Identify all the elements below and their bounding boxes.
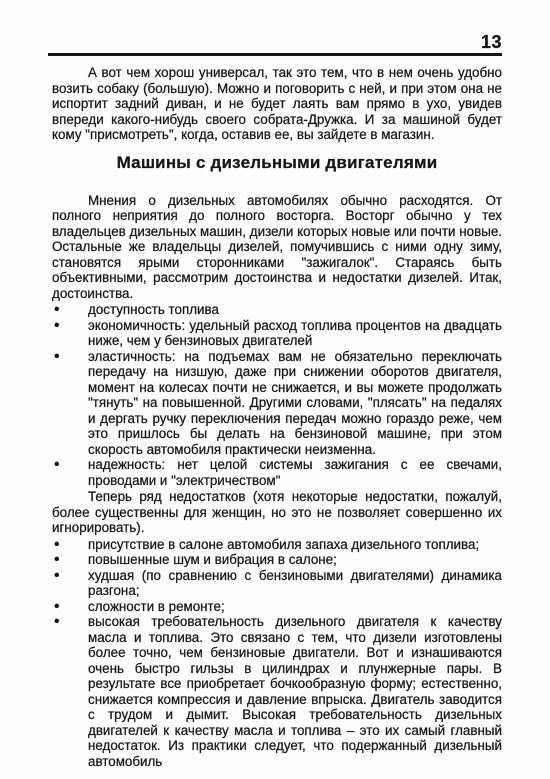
bullet-icon: • [54, 318, 60, 334]
list-item-text: присутствие в салоне автомобиля запаха д… [88, 537, 479, 552]
list-item-text: экономичность: удельный расход топлива п… [88, 318, 502, 349]
bullet-icon: • [54, 457, 60, 473]
header-rule [48, 53, 502, 56]
list-item-text: повышенные шум и вибрация в салоне; [88, 552, 337, 567]
list-item: • худшая (по сравнению с бензиновыми дви… [52, 568, 502, 599]
bullet-icon: • [54, 537, 60, 553]
list-item-text: сложности в ремонте; [88, 599, 225, 614]
list-item: • присутствие в салоне автомобиля запаха… [52, 537, 502, 553]
page-number: 13 [52, 33, 502, 51]
list-item: • эластичность: на подъемах вам не обяза… [52, 349, 502, 458]
bullet-icon: • [54, 599, 60, 615]
paragraph-universal: А вот чем хорош универсал, так это тем, … [52, 65, 502, 143]
disadvantages-list: • присутствие в салоне автомобиля запаха… [52, 537, 502, 770]
paragraph-opinions: Мнения о дизельных автомобилях обычно ра… [52, 193, 502, 302]
list-item-text: эластичность: на подъемах вам не обязате… [88, 349, 502, 457]
list-item: • экономичность: удельный расход топлива… [52, 318, 502, 349]
bullet-icon: • [54, 302, 60, 318]
page-header: 13 [52, 33, 502, 56]
book-page: 13 А вот чем хорош универсал, так это те… [0, 0, 550, 779]
list-item: • доступность топлива [52, 302, 502, 318]
section-heading: Машины с дизельными двигателями [52, 153, 502, 173]
list-item-text: доступность топлива [88, 302, 219, 317]
list-item-text: худшая (по сравнению с бензиновыми двига… [88, 568, 502, 599]
bullet-icon: • [54, 552, 60, 568]
list-item-text: надежность: нет целой системы зажигания … [88, 457, 502, 488]
list-item: • надежность: нет целой системы зажигани… [52, 457, 502, 488]
bullet-icon: • [54, 568, 60, 584]
bullet-icon: • [54, 614, 60, 630]
advantages-list: • доступность топлива • экономичность: у… [52, 302, 502, 488]
paragraph-drawbacks-intro: Теперь ряд недостатков (хотя некоторые н… [52, 489, 502, 536]
list-item-text: высокая требовательность дизельного двиг… [88, 614, 502, 769]
list-item: • высокая требовательность дизельного дв… [52, 614, 502, 769]
bullet-icon: • [54, 349, 60, 365]
list-item: • сложности в ремонте; [52, 599, 502, 615]
list-item: • повышенные шум и вибрация в салоне; [52, 552, 502, 568]
